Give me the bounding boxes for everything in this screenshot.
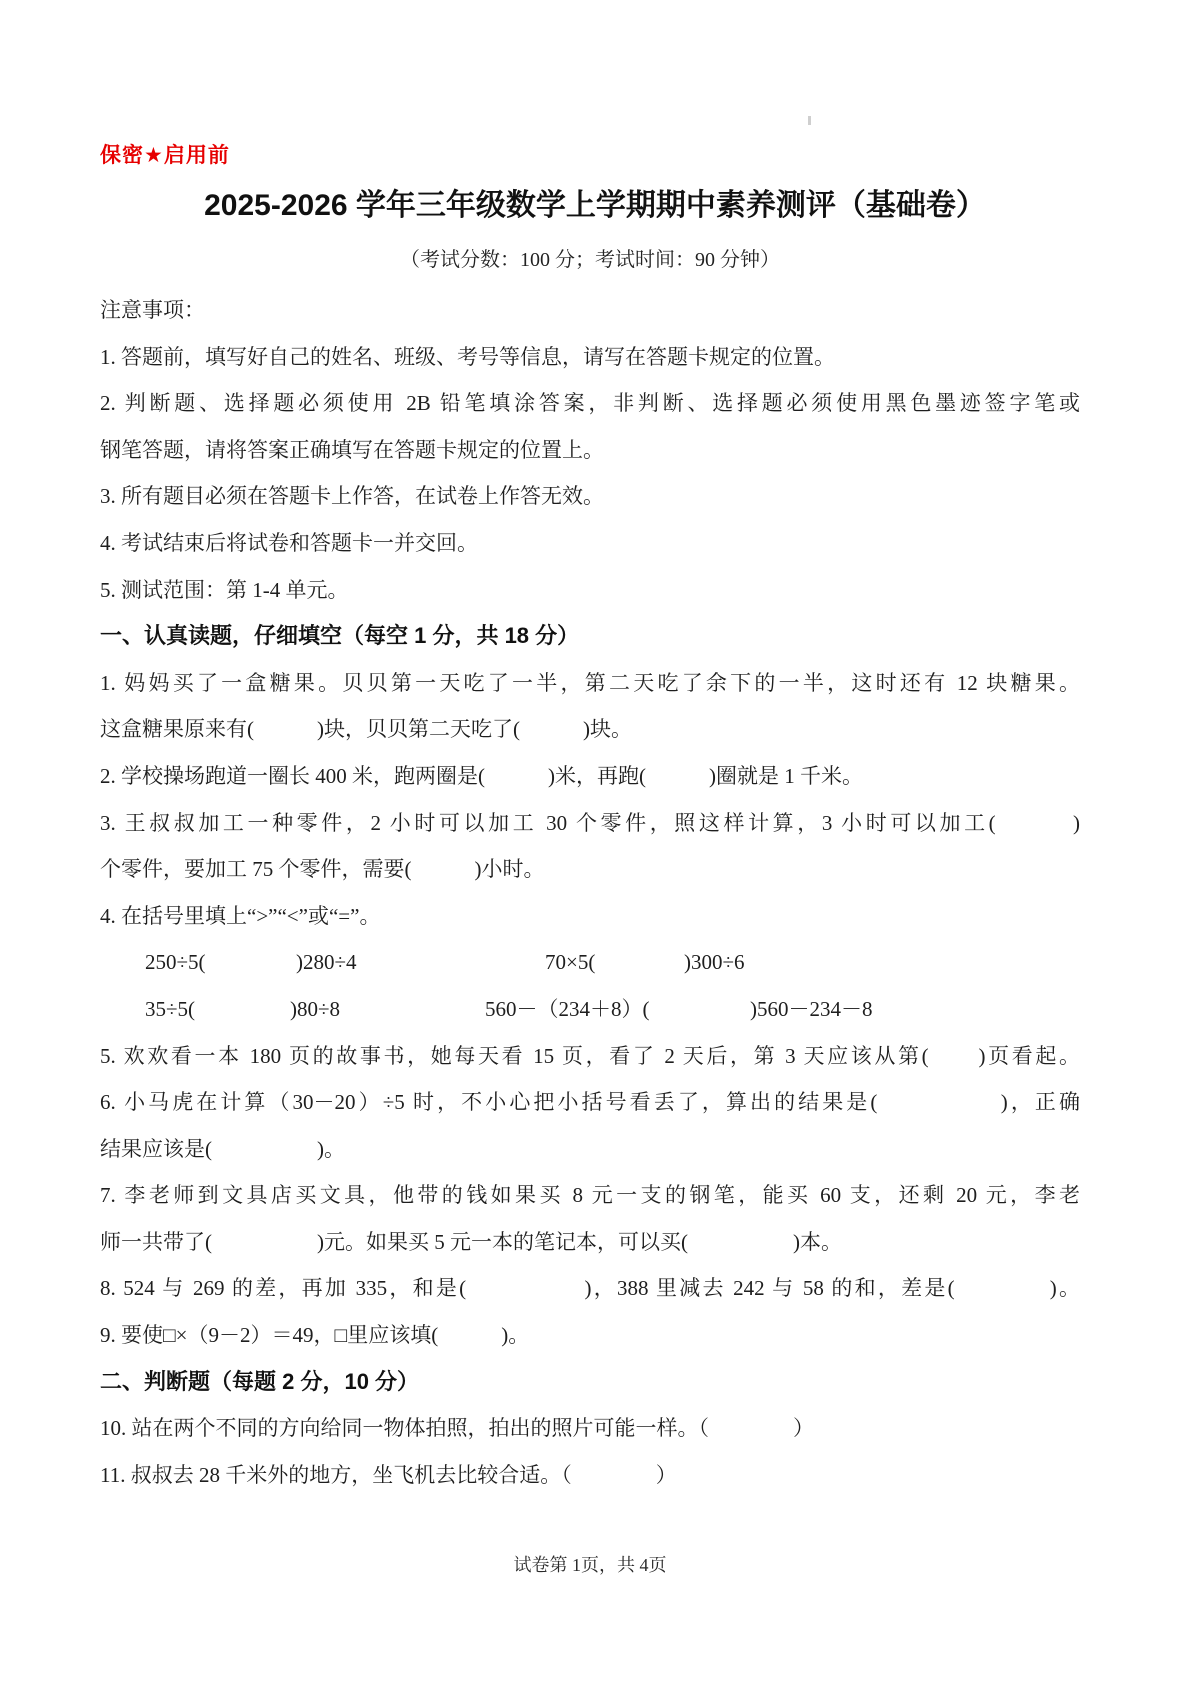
- note-item-4: 4. 考试结束后将试卷和答题卡一并交回。: [100, 520, 1080, 567]
- compare-expression: )280÷4: [296, 939, 357, 986]
- question-1-line2: 这盒糖果原来有( )块，贝贝第二天吃了( )块。: [100, 706, 1080, 753]
- note-item-1: 1. 答题前，填写好自己的姓名、班级、考号等信息，请写在答题卡规定的位置。: [100, 334, 1080, 381]
- question-1-line1: 1. 妈妈买了一盒糖果。贝贝第一天吃了一半，第二天吃了余下的一半，这时还有 12…: [100, 660, 1080, 707]
- question-2: 2. 学校操场跑道一圈长 400 米，跑两圈是( )米，再跑( )圈就是 1 千…: [100, 753, 1080, 800]
- compare-expression: )300÷6: [684, 939, 745, 986]
- security-label: 保密★启用前: [100, 144, 230, 168]
- compare-expression: 70×5(: [545, 939, 595, 986]
- question-4-row-1: 250÷5( )280÷4 70×5( )300÷6: [100, 939, 1080, 986]
- question-6-line2: 结果应该是( )。: [100, 1126, 1080, 1173]
- note-item-2: 2. 判断题、选择题必须使用 2B 铅笔填涂答案，非判断、选择题必须使用黑色墨迹…: [100, 380, 1080, 427]
- question-11: 11. 叔叔去 28 千米外的地方，坐飞机去比较合适。（ ）: [100, 1452, 1080, 1499]
- notes-heading: 注意事项：: [100, 287, 1080, 334]
- compare-expression: 560－（234＋8）(: [485, 986, 650, 1033]
- section1-heading: 一、认真读题，仔细填空（每空 1 分，共 18 分）: [100, 613, 1080, 660]
- question-4: 4. 在括号里填上“>”“<”或“=”。: [100, 893, 1080, 940]
- question-3-line1: 3. 王叔叔加工一种零件，2 小时可以加工 30 个零件，照这样计算，3 小时可…: [100, 800, 1080, 847]
- section2-heading: 二、判断题（每题 2 分，10 分）: [100, 1359, 1080, 1406]
- page-footer: 试卷第 1页，共 4页: [100, 1552, 1080, 1578]
- question-5: 5. 欢欢看一本 180 页的故事书，她每天看 15 页，看了 2 天后，第 3…: [100, 1033, 1080, 1080]
- exam-body: 注意事项： 1. 答题前，填写好自己的姓名、班级、考号等信息，请写在答题卡规定的…: [100, 287, 1080, 1498]
- scan-artifact-mark: [808, 116, 811, 125]
- compare-expression: 250÷5(: [145, 939, 206, 986]
- compare-expression: 35÷5(: [145, 986, 195, 1033]
- note-item-3: 3. 所有题目必须在答题卡上作答，在试卷上作答无效。: [100, 473, 1080, 520]
- question-6-line1: 6. 小马虎在计算（30－20）÷5 时，不小心把小括号看丢了，算出的结果是( …: [100, 1079, 1080, 1126]
- question-8: 8. 524 与 269 的差，再加 335，和是( )，388 里减去 242…: [100, 1265, 1080, 1312]
- question-9: 9. 要使□×（9－2）＝49，□里应该填( )。: [100, 1312, 1080, 1359]
- page-title: 2025-2026 学年三年级数学上学期期中素养测评（基础卷）: [60, 186, 1130, 226]
- question-7-line2: 师一共带了( )元。如果买 5 元一本的笔记本，可以买( )本。: [100, 1219, 1080, 1266]
- question-10: 10. 站在两个不同的方向给同一物体拍照，拍出的照片可能一样。（ ）: [100, 1405, 1080, 1452]
- question-7-line1: 7. 李老师到文具店买文具，他带的钱如果买 8 元一支的钢笔，能买 60 支，还…: [100, 1172, 1080, 1219]
- question-4-row-2: 35÷5( )80÷8 560－（234＋8）( )560－234－8: [100, 986, 1080, 1033]
- note-item-2-cont: 钢笔答题，请将答案正确填写在答题卡规定的位置上。: [100, 427, 1080, 474]
- exam-paper-page: 保密★启用前 2025-2026 学年三年级数学上学期期中素养测评（基础卷） （…: [0, 0, 1190, 1682]
- compare-expression: )80÷8: [290, 986, 340, 1033]
- note-item-5: 5. 测试范围：第 1-4 单元。: [100, 567, 1080, 614]
- exam-meta-line: （考试分数：100 分；考试时间：90 分钟）: [100, 246, 1080, 274]
- compare-expression: )560－234－8: [750, 986, 873, 1033]
- question-3-line2: 个零件，要加工 75 个零件，需要( )小时。: [100, 846, 1080, 893]
